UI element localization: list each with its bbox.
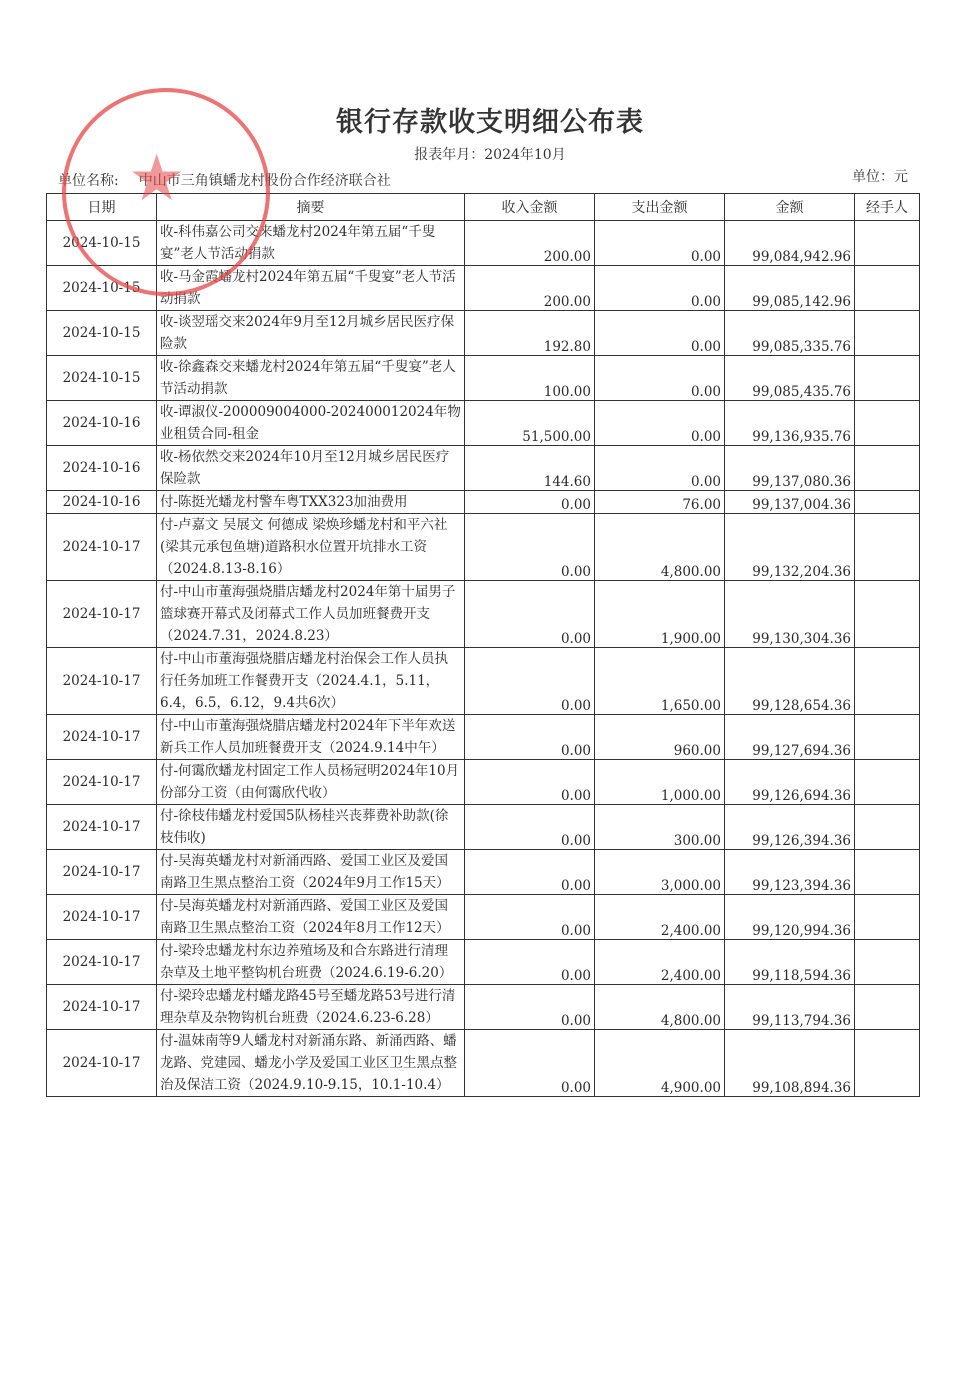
- row-description: 收-谈翌瑶交来2024年9月至12月城乡居民医疗保险款: [157, 311, 465, 356]
- table-row: 2024-10-16收-杨依然交来2024年10月至12月城乡居民医疗保险款14…: [47, 446, 920, 491]
- row-description: 付-梁玲忠蟠龙村东边养殖场及和合东路进行清理杂草及土地平整钩机台班费（2024.…: [157, 940, 465, 985]
- table-row: 2024-10-16收-谭淑仪-200009004000-20240001202…: [47, 401, 920, 446]
- row-handler: [855, 850, 920, 895]
- row-expense: 2,400.00: [595, 895, 725, 940]
- row-expense: 1,000.00: [595, 760, 725, 805]
- row-expense: 4,800.00: [595, 985, 725, 1030]
- row-date: 2024-10-17: [47, 648, 157, 715]
- row-expense: 1,900.00: [595, 581, 725, 648]
- table-row: 2024-10-17付-温妹南等9人蟠龙村对新涌东路、新涌西路、蟠龙路、党建园、…: [47, 1030, 920, 1097]
- row-date: 2024-10-17: [47, 850, 157, 895]
- row-date: 2024-10-17: [47, 581, 157, 648]
- row-date: 2024-10-17: [47, 940, 157, 985]
- page-title: 银行存款收支明细公布表: [0, 100, 980, 139]
- row-description: 付-何霭欣蟠龙村固定工作人员杨冠明2024年10月份部分工资（由何霭欣代收）: [157, 760, 465, 805]
- table-row: 2024-10-17付-中山市董海强烧腊店蟠龙村治保会工作人员执行任务加班工作餐…: [47, 648, 920, 715]
- row-date: 2024-10-16: [47, 446, 157, 491]
- row-handler: [855, 514, 920, 581]
- row-balance: 99,128,654.36: [725, 648, 855, 715]
- row-description: 收-科伟嘉公司交来蟠龙村2024年第五届“千叟宴”老人节活动捐款: [157, 221, 465, 266]
- row-income: 200.00: [465, 221, 595, 266]
- col-date: 日期: [47, 194, 157, 221]
- row-expense: 0.00: [595, 356, 725, 401]
- row-expense: 0.00: [595, 446, 725, 491]
- row-handler: [855, 1030, 920, 1097]
- table-row: 2024-10-17付-梁玲忠蟠龙村蟠龙路45号至蟠龙路53号进行清理杂草及杂物…: [47, 985, 920, 1030]
- ledger-table: 日期 摘要 收入金额 支出金额 金额 经手人 2024-10-15收-科伟嘉公司…: [46, 193, 920, 1097]
- row-description: 收-谭淑仪-200009004000-202400012024年物业租赁合同-租…: [157, 401, 465, 446]
- row-handler: [855, 648, 920, 715]
- row-balance: 99,123,394.36: [725, 850, 855, 895]
- row-description: 付-中山市董海强烧腊店蟠龙村治保会工作人员执行任务加班工作餐费开支（2024.4…: [157, 648, 465, 715]
- row-income: 144.60: [465, 446, 595, 491]
- row-handler: [855, 760, 920, 805]
- row-date: 2024-10-17: [47, 514, 157, 581]
- row-income: 0.00: [465, 648, 595, 715]
- row-expense: 76.00: [595, 491, 725, 514]
- row-handler: [855, 895, 920, 940]
- row-handler: [855, 715, 920, 760]
- row-income: 0.00: [465, 581, 595, 648]
- row-balance: 99,137,004.36: [725, 491, 855, 514]
- row-income: 0.00: [465, 514, 595, 581]
- table-row: 2024-10-17付-中山市董海强烧腊店蟠龙村2024年第十届男子篮球赛开幕式…: [47, 581, 920, 648]
- row-handler: [855, 401, 920, 446]
- row-handler: [855, 311, 920, 356]
- row-date: 2024-10-16: [47, 491, 157, 514]
- row-balance: 99,126,394.36: [725, 805, 855, 850]
- row-income: 0.00: [465, 850, 595, 895]
- row-balance: 99,130,304.36: [725, 581, 855, 648]
- row-balance: 99,085,435.76: [725, 356, 855, 401]
- row-description: 收-徐鑫森交来蟠龙村2024年第五届“千叟宴”老人节活动捐款: [157, 356, 465, 401]
- row-handler: [855, 266, 920, 311]
- row-expense: 0.00: [595, 401, 725, 446]
- table-row: 2024-10-15收-徐鑫森交来蟠龙村2024年第五届“千叟宴”老人节活动捐款…: [47, 356, 920, 401]
- row-balance: 99,085,335.76: [725, 311, 855, 356]
- report-period-label: 报表年月：: [414, 147, 484, 163]
- row-income: 100.00: [465, 356, 595, 401]
- row-handler: [855, 940, 920, 985]
- row-description: 付-陈挺光蟠龙村警车粤TXX323加油费用: [157, 491, 465, 514]
- row-date: 2024-10-17: [47, 895, 157, 940]
- row-expense: 4,800.00: [595, 514, 725, 581]
- currency-unit: 单位：元: [852, 166, 908, 186]
- table-row: 2024-10-17付-中山市董海强烧腊店蟠龙村2024年下半年欢送新兵工作人员…: [47, 715, 920, 760]
- col-handler: 经手人: [855, 194, 920, 221]
- row-description: 收-杨依然交来2024年10月至12月城乡居民医疗保险款: [157, 446, 465, 491]
- row-income: 0.00: [465, 985, 595, 1030]
- row-balance: 99,118,594.36: [725, 940, 855, 985]
- row-handler: [855, 491, 920, 514]
- col-income: 收入金额: [465, 194, 595, 221]
- unit-name: 单位名称:中山市三角镇蟠龙村股份合作经济联合社: [58, 170, 391, 190]
- col-expense: 支出金额: [595, 194, 725, 221]
- row-balance: 99,132,204.36: [725, 514, 855, 581]
- row-date: 2024-10-17: [47, 1030, 157, 1097]
- row-balance: 99,085,142.96: [725, 266, 855, 311]
- row-handler: [855, 221, 920, 266]
- row-balance: 99,137,080.36: [725, 446, 855, 491]
- table-row: 2024-10-17付-徐枝伟蟠龙村爱国5队杨桂兴丧葬费补助款(徐枝伟收)0.0…: [47, 805, 920, 850]
- row-date: 2024-10-17: [47, 760, 157, 805]
- row-balance: 99,084,942.96: [725, 221, 855, 266]
- row-income: 51,500.00: [465, 401, 595, 446]
- table-row: 2024-10-15收-科伟嘉公司交来蟠龙村2024年第五届“千叟宴”老人节活动…: [47, 221, 920, 266]
- row-balance: 99,126,694.36: [725, 760, 855, 805]
- row-balance: 99,136,935.76: [725, 401, 855, 446]
- row-expense: 960.00: [595, 715, 725, 760]
- table-row: 2024-10-17付-吴海英蟠龙村对新涌西路、爱国工业区及爱国南路卫生黑点整治…: [47, 895, 920, 940]
- row-description: 收-马金霞蟠龙村2024年第五届“千叟宴”老人节活动捐款: [157, 266, 465, 311]
- row-description: 付-卢嘉文 吴展文 何德成 梁焕珍蟠龙村和平六社(梁其元承包鱼塘)道路积水位置开…: [157, 514, 465, 581]
- row-description: 付-中山市董海强烧腊店蟠龙村2024年第十届男子篮球赛开幕式及闭幕式工作人员加班…: [157, 581, 465, 648]
- row-description: 付-中山市董海强烧腊店蟠龙村2024年下半年欢送新兵工作人员加班餐费开支（202…: [157, 715, 465, 760]
- row-income: 0.00: [465, 895, 595, 940]
- table-row: 2024-10-17付-梁玲忠蟠龙村东边养殖场及和合东路进行清理杂草及土地平整钩…: [47, 940, 920, 985]
- row-income: 0.00: [465, 940, 595, 985]
- table-row: 2024-10-15收-马金霞蟠龙村2024年第五届“千叟宴”老人节活动捐款20…: [47, 266, 920, 311]
- row-expense: 3,000.00: [595, 850, 725, 895]
- ledger-body: 2024-10-15收-科伟嘉公司交来蟠龙村2024年第五届“千叟宴”老人节活动…: [47, 221, 920, 1097]
- row-date: 2024-10-15: [47, 221, 157, 266]
- row-description: 付-徐枝伟蟠龙村爱国5队杨桂兴丧葬费补助款(徐枝伟收): [157, 805, 465, 850]
- row-date: 2024-10-15: [47, 266, 157, 311]
- table-row: 2024-10-17付-何霭欣蟠龙村固定工作人员杨冠明2024年10月份部分工资…: [47, 760, 920, 805]
- row-handler: [855, 805, 920, 850]
- table-row: 2024-10-17付-卢嘉文 吴展文 何德成 梁焕珍蟠龙村和平六社(梁其元承包…: [47, 514, 920, 581]
- report-period-value: 2024年10月: [484, 147, 565, 163]
- row-balance: 99,108,894.36: [725, 1030, 855, 1097]
- table-row: 2024-10-17付-吴海英蟠龙村对新涌西路、爱国工业区及爱国南路卫生黑点整治…: [47, 850, 920, 895]
- row-description: 付-温妹南等9人蟠龙村对新涌东路、新涌西路、蟠龙路、党建园、蟠龙小学及爱国工业区…: [157, 1030, 465, 1097]
- row-expense: 2,400.00: [595, 940, 725, 985]
- row-date: 2024-10-17: [47, 805, 157, 850]
- row-handler: [855, 581, 920, 648]
- row-date: 2024-10-17: [47, 985, 157, 1030]
- table-row: 2024-10-16付-陈挺光蟠龙村警车粤TXX323加油费用0.0076.00…: [47, 491, 920, 514]
- row-description: 付-吴海英蟠龙村对新涌西路、爱国工业区及爱国南路卫生黑点整治工资（2024年8月…: [157, 895, 465, 940]
- col-balance: 金额: [725, 194, 855, 221]
- unit-name-label: 单位名称:: [58, 173, 119, 189]
- row-income: 0.00: [465, 760, 595, 805]
- row-handler: [855, 446, 920, 491]
- row-income: 192.80: [465, 311, 595, 356]
- row-income: 0.00: [465, 491, 595, 514]
- row-income: 0.00: [465, 1030, 595, 1097]
- row-handler: [855, 356, 920, 401]
- col-description: 摘要: [157, 194, 465, 221]
- row-expense: 0.00: [595, 221, 725, 266]
- row-balance: 99,127,694.36: [725, 715, 855, 760]
- row-expense: 4,900.00: [595, 1030, 725, 1097]
- row-balance: 99,113,794.36: [725, 985, 855, 1030]
- row-expense: 300.00: [595, 805, 725, 850]
- row-date: 2024-10-16: [47, 401, 157, 446]
- row-date: 2024-10-17: [47, 715, 157, 760]
- report-period: 报表年月：2024年10月: [0, 144, 980, 164]
- row-income: 0.00: [465, 715, 595, 760]
- table-header-row: 日期 摘要 收入金额 支出金额 金额 经手人: [47, 194, 920, 221]
- row-handler: [855, 985, 920, 1030]
- row-description: 付-吴海英蟠龙村对新涌西路、爱国工业区及爱国南路卫生黑点整治工资（2024年9月…: [157, 850, 465, 895]
- row-date: 2024-10-15: [47, 356, 157, 401]
- row-expense: 0.00: [595, 311, 725, 356]
- row-date: 2024-10-15: [47, 311, 157, 356]
- table-row: 2024-10-15收-谈翌瑶交来2024年9月至12月城乡居民医疗保险款192…: [47, 311, 920, 356]
- row-balance: 99,120,994.36: [725, 895, 855, 940]
- row-expense: 0.00: [595, 266, 725, 311]
- row-income: 0.00: [465, 805, 595, 850]
- unit-name-value: 中山市三角镇蟠龙村股份合作经济联合社: [139, 173, 391, 189]
- row-description: 付-梁玲忠蟠龙村蟠龙路45号至蟠龙路53号进行清理杂草及杂物钩机台班费（2024…: [157, 985, 465, 1030]
- row-income: 200.00: [465, 266, 595, 311]
- row-expense: 1,650.00: [595, 648, 725, 715]
